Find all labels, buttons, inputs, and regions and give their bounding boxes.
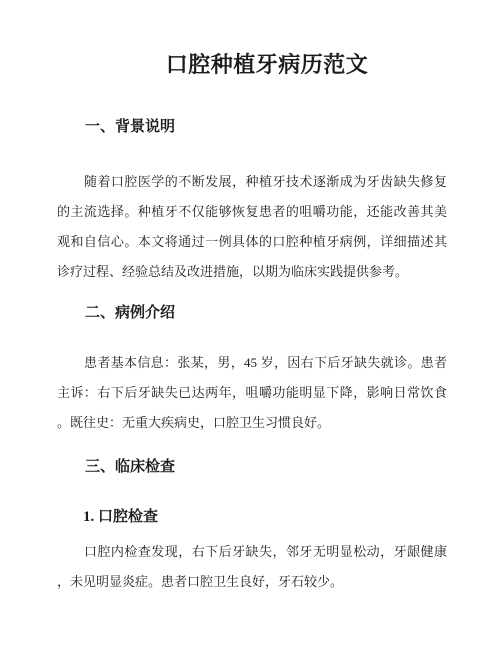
text-line: 观和自信心。本文将通过一例具体的口腔种植牙病例，详细描述其 [57, 227, 447, 257]
paragraph-oral-exam: 口腔内检查发现，右下后牙缺失，邻牙无明显松动，牙龈健康 ，未见明显炎症。患者口腔… [57, 537, 447, 597]
document-page: 口腔种植牙病历范文 一、背景说明 随着口腔医学的不断发展，种植牙技术逐渐成为牙齿… [0, 0, 500, 647]
text-line: 。既往史：无重大疾病史，口腔卫生习惯良好。 [57, 408, 447, 438]
section-heading-background: 一、背景说明 [57, 112, 447, 142]
section-heading-clinical-exam: 三、临床检查 [57, 452, 447, 482]
paragraph-case: 患者基本信息：张某，男，45 岁，因右下后牙缺失就诊。患者 主诉：右下后牙缺失已… [57, 348, 447, 438]
text-line: 患者基本信息：张某，男，45 岁，因右下后牙缺失就诊。患者 [57, 348, 447, 378]
document-title: 口腔种植牙病历范文 [0, 50, 500, 80]
subsection-heading-oral-exam: 1. 口腔检查 [57, 502, 447, 532]
section-heading-case: 二、病例介绍 [57, 298, 447, 328]
text-line: 诊疗过程、经验总结及改进措施，以期为临床实践提供参考。 [57, 257, 447, 287]
document-body: 一、背景说明 随着口腔医学的不断发展，种植牙技术逐渐成为牙齿缺失修复 的主流选择… [0, 112, 500, 597]
text-line: 随着口腔医学的不断发展，种植牙技术逐渐成为牙齿缺失修复 [57, 167, 447, 197]
text-line: 的主流选择。种植牙不仅能够恢复患者的咀嚼功能，还能改善其美 [57, 197, 447, 227]
text-line: 口腔内检查发现，右下后牙缺失，邻牙无明显松动，牙龈健康 [57, 537, 447, 567]
text-line: 主诉：右下后牙缺失已达两年，咀嚼功能明显下降，影响日常饮食 [57, 378, 447, 408]
paragraph-background: 随着口腔医学的不断发展，种植牙技术逐渐成为牙齿缺失修复 的主流选择。种植牙不仅能… [57, 167, 447, 287]
text-line: ，未见明显炎症。患者口腔卫生良好，牙石较少。 [57, 567, 447, 597]
